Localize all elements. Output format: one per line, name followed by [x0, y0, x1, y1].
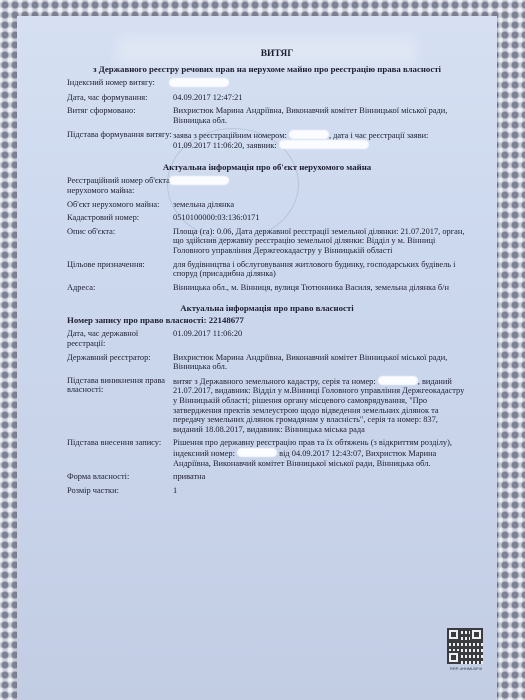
- field-row: Державний реєстратор:Вихристюк Марина Ан…: [67, 353, 467, 372]
- field-value: 01.09.2017 11:06:20: [173, 329, 467, 348]
- field-label: Дата, час державної реєстрації:: [67, 329, 173, 348]
- qr-code-text: RRP-4HHMLBP4I: [442, 666, 490, 671]
- field-label: Кадастровий номер:: [67, 213, 173, 223]
- field-row: Об'єкт нерухомого майна:земельна ділянка: [67, 200, 467, 210]
- redacted-field: [237, 448, 277, 457]
- field-label: Об'єкт нерухомого майна:: [67, 200, 173, 210]
- field-row: Підстава внесення запису:Рішення про дер…: [67, 438, 467, 468]
- field-value: [173, 78, 467, 89]
- field-label: Адреса:: [67, 283, 173, 293]
- field-label: Дата, час формування:: [67, 93, 173, 103]
- field-label: Форма власності:: [67, 472, 173, 482]
- field-label: Реєстраційний номер об'єкта нерухомого м…: [67, 176, 173, 195]
- field-row: Адреса:Вінницька обл., м. Вінниця, вулиц…: [67, 283, 467, 293]
- document-subtitle: з Державного реєстру речових прав на нер…: [47, 65, 487, 75]
- field-label: Підстава виникнення права власності:: [67, 376, 173, 435]
- object-rows: Реєстраційний номер об'єкта нерухомого м…: [67, 176, 467, 292]
- field-value: Вихристюк Марина Андріївна, Виконавчий к…: [173, 353, 467, 372]
- field-row: Розмір частки:1: [67, 486, 467, 496]
- field-label: Опис об'єкта:: [67, 227, 173, 256]
- field-value: Рішення про державну реєстрацію прав та …: [173, 438, 467, 468]
- field-label: Підстава формування витягу:: [67, 130, 173, 151]
- section-heading-object: Актуальна інформація про об'єкт нерухомо…: [67, 163, 467, 173]
- field-value: для будівництва і обслуговування житлово…: [173, 260, 467, 279]
- field-row: Реєстраційний номер об'єкта нерухомого м…: [67, 176, 467, 195]
- field-value: 1: [173, 486, 467, 496]
- field-label: Розмір частки:: [67, 486, 173, 496]
- field-row: Дата, час формування:04.09.2017 12:47:21: [67, 93, 467, 103]
- redacted-field: [279, 140, 369, 149]
- field-label: Державний реєстратор:: [67, 353, 173, 372]
- field-row: Кадастровий номер:0510100000:03:136:0171: [67, 213, 467, 223]
- field-label: Витяг сформовано:: [67, 106, 173, 125]
- field-value: заява з реєстраційним номером: , дата і …: [173, 130, 467, 151]
- field-label: Індексний номер витягу:: [67, 78, 173, 89]
- section-heading-ownership: Актуальна інформація про право власності: [67, 304, 467, 314]
- field-row: Витяг сформовано:Вихристюк Марина Андрії…: [67, 106, 467, 125]
- field-label: Цільове призначення:: [67, 260, 173, 279]
- redacted-field: [169, 176, 229, 185]
- field-value: Площа (га): 0.06, Дата державної реєстра…: [173, 227, 467, 256]
- field-label: Підстава внесення запису:: [67, 438, 173, 468]
- field-row: Опис об'єкта:Площа (га): 0.06, Дата держ…: [67, 227, 467, 256]
- extract-document: ВИТЯГ з Державного реєстру речових прав …: [67, 50, 467, 495]
- field-row: Дата, час державної реєстрації:01.09.201…: [67, 329, 467, 348]
- field-value: Вихристюк Марина Андріївна, Виконавчий к…: [173, 106, 467, 125]
- field-value: Вінницька обл., м. Вінниця, вулиця Тютюн…: [173, 283, 467, 293]
- document-title: ВИТЯГ: [87, 50, 467, 60]
- ownership-rows: Дата, час державної реєстрації:01.09.201…: [67, 329, 467, 495]
- header-rows: Індексний номер витягу:Дата, час формува…: [67, 78, 467, 151]
- field-value: [173, 176, 467, 195]
- field-value: витяг з Державного земельного кадастру, …: [173, 376, 467, 435]
- field-row: Підстава формування витягу:заява з реєст…: [67, 130, 467, 151]
- field-row: Форма власності:приватна: [67, 472, 467, 482]
- field-value: 0510100000:03:136:0171: [173, 213, 467, 223]
- redacted-field: [378, 376, 418, 385]
- field-row: Підстава виникнення права власності:витя…: [67, 376, 467, 435]
- field-value: 04.09.2017 12:47:21: [173, 93, 467, 103]
- field-row: Цільове призначення:для будівництва і об…: [67, 260, 467, 279]
- field-value: приватна: [173, 472, 467, 482]
- redacted-field: [289, 130, 329, 139]
- field-value: земельна ділянка: [173, 200, 467, 210]
- qr-code-icon: [447, 628, 483, 664]
- ownership-record-number: Номер запису про право власності: 221486…: [67, 316, 467, 326]
- field-row: Індексний номер витягу:: [67, 78, 467, 89]
- redacted-field: [169, 78, 229, 87]
